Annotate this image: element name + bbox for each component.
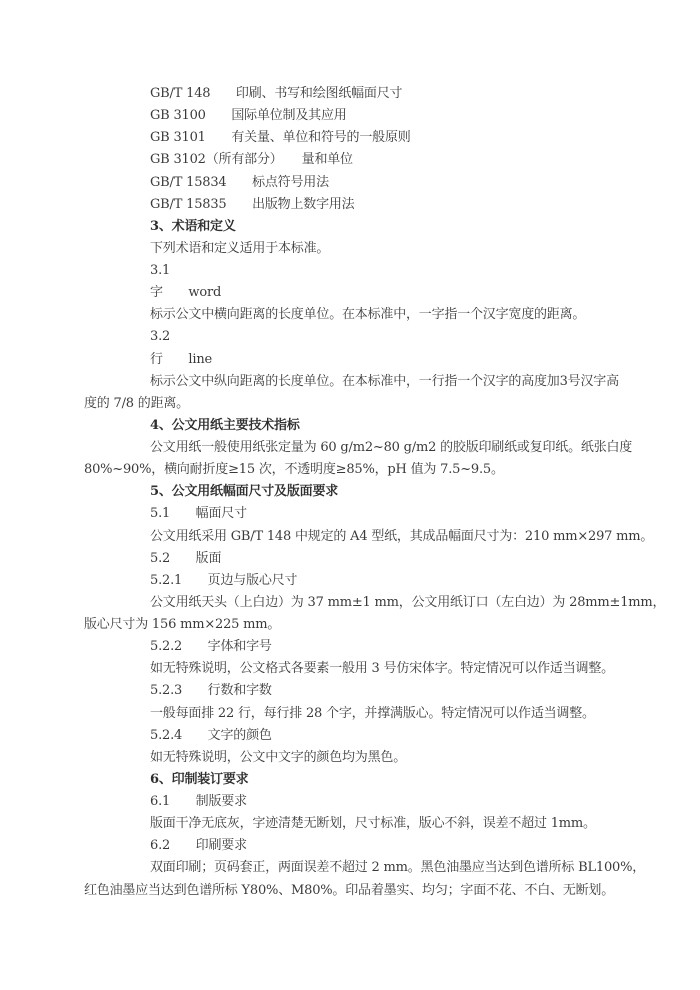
- doc-text-line: 5.2.1 页边与版心尺寸: [84, 570, 644, 592]
- doc-text-line: GB 3101 有关量、单位和符号的一般原则: [84, 127, 644, 149]
- doc-text-line: 行 line: [84, 349, 644, 371]
- doc-text-line: 下列术语和定义适用于本标准。: [84, 238, 644, 260]
- doc-text-line: GB/T 15835 出版物上数字用法: [84, 194, 644, 216]
- doc-text-line: 6.1 制版要求: [84, 791, 644, 813]
- doc-text-line: 80%~90%，横向耐折度≥15 次，不透明度≥85%，pH 值为 7.5~9.…: [84, 459, 644, 481]
- doc-heading-line: 6、印制装订要求: [84, 769, 644, 791]
- doc-text-line: 6.2 印刷要求: [84, 835, 644, 857]
- doc-heading-line: 4、公文用纸主要技术指标: [84, 415, 644, 437]
- doc-text-line: 3.2: [84, 326, 644, 348]
- doc-text-line: 5.2 版面: [84, 548, 644, 570]
- doc-text-line: 标示公文中纵向距离的长度单位。在本标准中，一行指一个汉字的高度加3号汉字高: [84, 371, 644, 393]
- doc-text-line: 度的 7/8 的距离。: [84, 393, 644, 415]
- doc-text-line: 如无特殊说明，公文格式各要素一般用 3 号仿宋体字。特定情况可以作适当调整。: [84, 658, 644, 680]
- doc-text-line: 5.1 幅面尺寸: [84, 503, 644, 525]
- doc-text-line: 红色油墨应当达到色谱所标 Y80%、M80%。印品着墨实、均匀；字面不花、不白、…: [84, 880, 644, 902]
- doc-text-line: 版面干净无底灰，字迹清楚无断划，尺寸标准，版心不斜，误差不超过 1mm。: [84, 813, 644, 835]
- doc-text-line: 公文用纸采用 GB/T 148 中规定的 A4 型纸，其成品幅面尺寸为：210 …: [84, 526, 644, 548]
- doc-text-line: 一般每面排 22 行，每行排 28 个字，并撑满版心。特定情况可以作适当调整。: [84, 703, 644, 725]
- doc-text-line: 版心尺寸为 156 mm×225 mm。: [84, 614, 644, 636]
- doc-text-line: 公文用纸一般使用纸张定量为 60 g/m2~80 g/m2 的胶版印刷纸或复印纸…: [84, 437, 644, 459]
- doc-text-line: 字 word: [84, 282, 644, 304]
- doc-text-line: 公文用纸天头（上白边）为 37 mm±1 mm，公文用纸订口（左白边）为 28m…: [84, 592, 644, 614]
- doc-text-line: GB/T 148 印刷、书写和绘图纸幅面尺寸: [84, 83, 644, 105]
- doc-text-line: 3.1: [84, 260, 644, 282]
- doc-text-line: 5.2.2 字体和字号: [84, 636, 644, 658]
- doc-heading-line: 5、公文用纸幅面尺寸及版面要求: [84, 481, 644, 503]
- doc-text-line: 双面印刷；页码套正，两面误差不超过 2 mm。黑色油墨应当达到色谱所标 BL10…: [84, 857, 644, 879]
- doc-text-line: 5.2.4 文字的颜色: [84, 725, 644, 747]
- doc-text-line: GB 3100 国际单位制及其应用: [84, 105, 644, 127]
- doc-text-line: 如无特殊说明，公文中文字的颜色均为黑色。: [84, 747, 644, 769]
- doc-text-line: GB/T 15834 标点符号用法: [84, 172, 644, 194]
- document-lines: GB/T 148 印刷、书写和绘图纸幅面尺寸GB 3100 国际单位制及其应用G…: [84, 83, 644, 902]
- doc-text-line: GB 3102（所有部分） 量和单位: [84, 149, 644, 171]
- doc-text-line: 标示公文中横向距离的长度单位。在本标准中，一字指一个汉字宽度的距离。: [84, 304, 644, 326]
- doc-heading-line: 3、术语和定义: [84, 216, 644, 238]
- document-page: GB/T 148 印刷、书写和绘图纸幅面尺寸GB 3100 国际单位制及其应用G…: [0, 0, 700, 990]
- doc-text-line: 5.2.3 行数和字数: [84, 680, 644, 702]
